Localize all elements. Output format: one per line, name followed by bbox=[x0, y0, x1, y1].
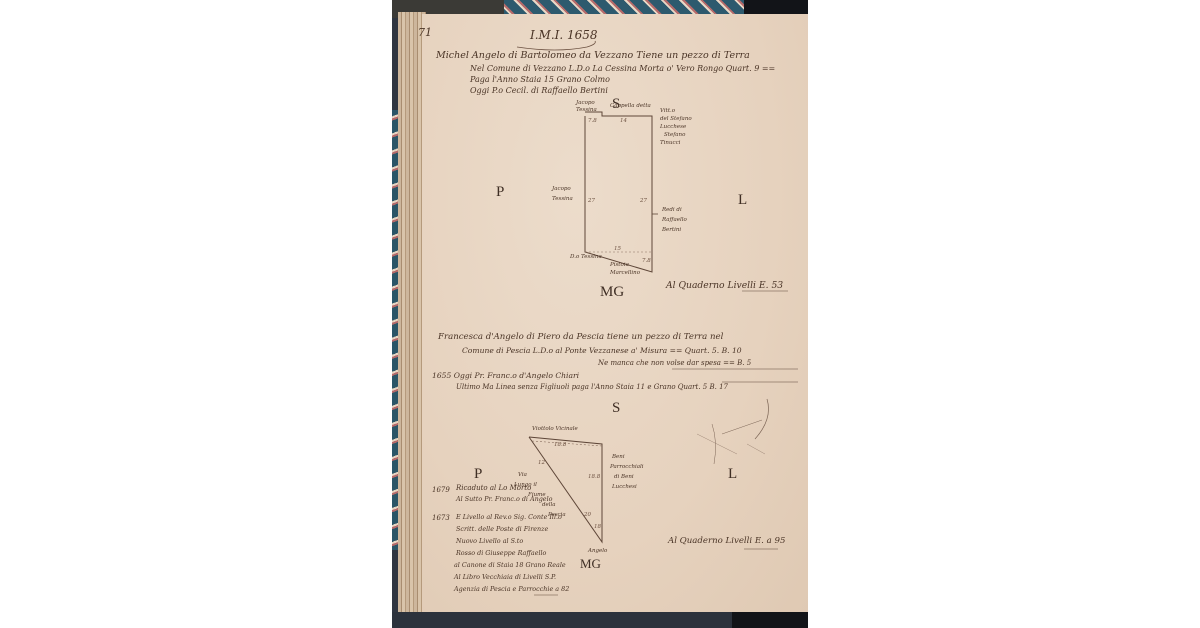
plot-1-measure: 27 bbox=[640, 198, 647, 204]
plot-2-measure: 18.8 bbox=[554, 442, 566, 448]
plot-1-label: Marcellino bbox=[610, 270, 640, 276]
manuscript-page: 71 I.M.I. 1658 Michel Angelo di Bartolom… bbox=[422, 14, 808, 612]
plot-1-label: D.o Tessina bbox=[570, 254, 602, 260]
entry-1-line-4: Oggi P.o Cecil. di Raffaello Bertini bbox=[470, 86, 608, 95]
entry-1-reference: Al Quaderno Livelli E. 53 bbox=[666, 280, 783, 291]
compass-west-1: P bbox=[496, 184, 504, 201]
plot-2-label: Viottolo Vicinale bbox=[532, 426, 578, 432]
note-2-year: 1673 bbox=[432, 514, 450, 522]
compass-south-2: MG bbox=[580, 556, 601, 572]
plot-1-measure: 7.8 bbox=[642, 258, 651, 264]
plot-2-measure: 18 bbox=[594, 524, 601, 530]
note-2-line: Rosso di Giuseppe Raffaello bbox=[456, 549, 546, 557]
plot-1-label: Vitt.o bbox=[660, 108, 675, 114]
plot-1-label: Tessina bbox=[552, 196, 573, 202]
plot-1-label: Redi di bbox=[662, 207, 682, 213]
note-1-line: Al Sutto Pr. Franc.o di Angelo bbox=[456, 495, 552, 503]
plot-1-measure: 15 bbox=[614, 246, 621, 252]
plot-1-label: Stefano bbox=[664, 132, 685, 138]
scan-border-corner-bottom bbox=[732, 612, 808, 628]
plot-1-label: Tessina bbox=[576, 107, 597, 113]
note-2-line: Scritt. delle Poste di Firenze bbox=[456, 525, 548, 533]
plot-1-label: Tinucci bbox=[660, 140, 680, 146]
entry-1-line-1: Michel Angelo di Bartolomeo da Vezzano T… bbox=[436, 50, 750, 61]
compass-west-2: P bbox=[474, 466, 482, 483]
plot-2-label: di Beni bbox=[614, 474, 634, 480]
plot-2-label: Parrocchiali bbox=[610, 464, 644, 470]
compass-east-2: L bbox=[728, 466, 737, 483]
page-header: I.M.I. 1658 bbox=[530, 28, 598, 42]
entry-2-line-4: 1655 Oggi Pr. Franc.o d'Angelo Chiari bbox=[432, 371, 579, 380]
entry-2-line-5: Ultimo Ma Linea senza Figliuoli paga l'A… bbox=[456, 383, 728, 391]
plot-1-label: Pistoia bbox=[610, 262, 629, 268]
plot-2-label: Lucchesi bbox=[612, 484, 637, 490]
plot-1-label: del Stefano bbox=[660, 116, 692, 122]
note-2-line: E Livello al Rev.o Sig. Conte Ill.o bbox=[456, 513, 562, 521]
entry-2-reference: Al Quaderno Livelli E. a 95 bbox=[668, 536, 785, 546]
plot-1-measure: 14 bbox=[620, 118, 627, 124]
plot-1-label: Bertini bbox=[662, 227, 681, 233]
plot-2-measure: 18.8 bbox=[588, 474, 600, 480]
compass-north-2: S bbox=[612, 400, 620, 417]
plot-1-measure: 27 bbox=[588, 198, 595, 204]
plot-2-label: Angelo bbox=[588, 548, 607, 554]
plot-1-label: Jacopo bbox=[552, 186, 571, 192]
plot-2-label: Via bbox=[518, 472, 527, 478]
folio-number: 71 bbox=[418, 26, 432, 39]
entry-2-line-2: Comune di Pescia L.D.o al Ponte Vezzanes… bbox=[462, 346, 742, 355]
entry-1-line-3: Paga l'Anno Staia 15 Grano Colmo bbox=[470, 75, 610, 84]
note-2-line: al Canone di Staia 18 Grano Reale bbox=[454, 561, 566, 569]
plot-1-label: Jacopo bbox=[576, 100, 595, 106]
plot-2-label: Beni bbox=[612, 454, 625, 460]
plot-1-label: Cappella detta bbox=[610, 103, 651, 109]
note-1-line: Ricaduto al Lo Morto bbox=[456, 484, 531, 492]
note-2-line: Al Libro Vecchiaia di Livelli S.P. bbox=[454, 573, 556, 581]
note-2-line: Nuovo Livello al S.to bbox=[456, 537, 523, 545]
scan-border-corner bbox=[744, 0, 808, 14]
entry-1-line-2: Nel Comune di Vezzano L.D.o La Cessina M… bbox=[470, 64, 775, 73]
plot-2-measure: 20 bbox=[584, 512, 591, 518]
note-1-year: 1679 bbox=[432, 486, 450, 494]
compass-south-1: MG bbox=[600, 284, 624, 301]
plot-2-measure: 12 bbox=[538, 460, 545, 466]
entry-2-line-1: Francesca d'Angelo di Piero da Pescia ti… bbox=[438, 332, 723, 342]
note-2-line: Agenzia di Pescia e Parrocchie a 82 bbox=[454, 585, 569, 593]
manuscript-scan: 71 I.M.I. 1658 Michel Angelo di Bartolom… bbox=[392, 0, 808, 628]
compass-east-1: L bbox=[738, 192, 747, 209]
plot-1-label: Raffaello bbox=[662, 217, 687, 223]
entry-2-line-3: Ne manca che non volse dar spesa == B. 5 bbox=[598, 359, 751, 367]
plot-1-label: Lucchese bbox=[660, 124, 686, 130]
plot-1-measure: 7.8 bbox=[588, 118, 597, 124]
